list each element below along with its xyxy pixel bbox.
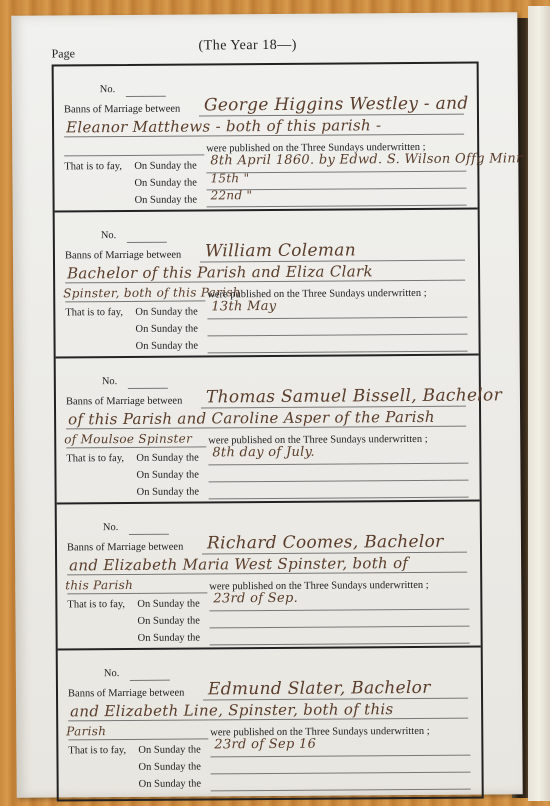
entry-number-line [127, 242, 167, 243]
entry-line-1: George Higgins Westley - and [204, 94, 469, 116]
that-is-label: That is to fay, [66, 453, 124, 464]
banns-label: Banns of Marriage between [64, 104, 180, 116]
entry-line-3: Parish [66, 724, 106, 738]
sunday-label-1: On Sunday the [134, 160, 196, 171]
sunday-date-1: 8th day of July. [212, 445, 315, 461]
name-line-3 [66, 446, 206, 448]
that-is-label: That is to fay, [64, 161, 122, 172]
sunday-date-1: 8th April 1860. by Edwd. S. Wilson Offg … [210, 151, 522, 168]
sunday-line-3 [210, 643, 470, 646]
entry-number-label: No. [102, 376, 118, 387]
sunday-line-3 [207, 205, 467, 208]
entry-number-line [129, 534, 169, 535]
sunday-line-1 [207, 317, 467, 320]
entry-line-2: Bachelor of this Parish and Eliza Clark [67, 262, 373, 282]
year-title-text: (The Year 18 [198, 38, 277, 54]
sunday-line-3 [209, 497, 469, 500]
sunday-label-2: On Sunday the [137, 615, 199, 626]
sunday-line-2 [208, 334, 468, 337]
that-is-label: That is to fay, [67, 599, 125, 610]
entry-number-label: No. [101, 230, 117, 241]
entry-number-line [128, 388, 168, 389]
banns-entry: No. Banns of Marriage between Richard Co… [57, 502, 481, 651]
sunday-label-1: On Sunday the [135, 306, 197, 317]
page-label: Page [51, 46, 74, 61]
sunday-label-2: On Sunday the [134, 177, 196, 188]
sunday-line-1 [210, 755, 470, 758]
entry-number-line [130, 680, 170, 681]
entry-number-label: No. [100, 84, 116, 95]
sunday-date-1: 13th May [211, 299, 276, 314]
that-is-label: That is to fay, [65, 307, 123, 318]
sunday-label-3: On Sunday the [137, 486, 199, 497]
entry-number-line [126, 96, 166, 97]
sunday-label-3: On Sunday the [135, 194, 197, 205]
sunday-label-1: On Sunday the [138, 744, 200, 755]
sunday-label-1: On Sunday the [136, 452, 198, 463]
entry-number-label: No. [104, 668, 120, 679]
sunday-date-2: 15th " [210, 171, 249, 185]
entry-line-1: Edmund Slater, Bachelor [208, 678, 431, 700]
banns-label: Banns of Marriage between [68, 688, 184, 700]
sunday-line-2 [210, 626, 470, 629]
name-line-3 [65, 300, 205, 302]
register-page: Page (The Year 18—) No. Banns of Marriag… [11, 12, 522, 798]
entry-line-3: of Moulsoe Spinster [64, 432, 192, 447]
sunday-label-3: On Sunday the [136, 340, 198, 351]
sunday-line-1 [209, 609, 469, 612]
banns-label: Banns of Marriage between [67, 542, 183, 554]
sunday-label-1: On Sunday the [137, 598, 199, 609]
sunday-line-2 [211, 772, 471, 775]
banns-label: Banns of Marriage between [66, 396, 182, 408]
banns-entry: No. Banns of Marriage between Edmund Sla… [58, 648, 482, 797]
sunday-label-2: On Sunday the [138, 761, 200, 772]
sunday-label-2: On Sunday the [136, 469, 198, 480]
name-line-3 [64, 154, 204, 156]
entry-number-label: No. [103, 522, 119, 533]
sunday-date-1: 23rd of Sep. [213, 591, 298, 607]
entry-line-1: Thomas Samuel Bissell, Bachelor [206, 385, 502, 407]
entry-line-2: of this Parish and Caroline Asper of the… [68, 408, 435, 429]
entry-line-1: William Coleman [205, 240, 356, 261]
entry-line-2: and Elizabeth Line, Spinster, both of th… [70, 700, 393, 720]
banns-entry: No. Banns of Marriage between William Co… [55, 210, 479, 359]
name-line-3 [67, 592, 207, 594]
banns-entry: No. Banns of Marriage between George Hig… [54, 64, 478, 213]
next-page-edge [528, 6, 550, 801]
entry-line-1: Richard Coomes, Bachelor [207, 532, 444, 554]
sunday-label-3: On Sunday the [138, 632, 200, 643]
sunday-line-2 [209, 480, 469, 483]
year-suffix: —) [277, 38, 297, 53]
sunday-label-3: On Sunday the [139, 778, 201, 789]
sunday-date-1: 23rd of Sep 16 [214, 737, 316, 753]
entry-line-2: Eleanor Matthews - both of this parish - [66, 116, 381, 136]
year-title: (The Year 18—) [198, 38, 296, 55]
that-is-label: That is to fay, [68, 745, 126, 756]
sunday-label-2: On Sunday the [135, 323, 197, 334]
sunday-line-3 [211, 789, 471, 792]
banns-entry: No. Banns of Marriage between Thomas Sam… [56, 356, 480, 505]
entry-line-3: this Parish [65, 578, 133, 592]
sunday-date-3: 22nd " [210, 188, 252, 202]
sunday-line-1 [208, 463, 468, 466]
sunday-line-3 [208, 351, 468, 354]
banns-label: Banns of Marriage between [65, 250, 181, 262]
banns-register-frame: No. Banns of Marriage between George Hig… [52, 62, 484, 802]
entry-line-2: and Elizabeth Maria West Spinster, both … [69, 554, 408, 574]
name-line-3 [68, 738, 208, 740]
